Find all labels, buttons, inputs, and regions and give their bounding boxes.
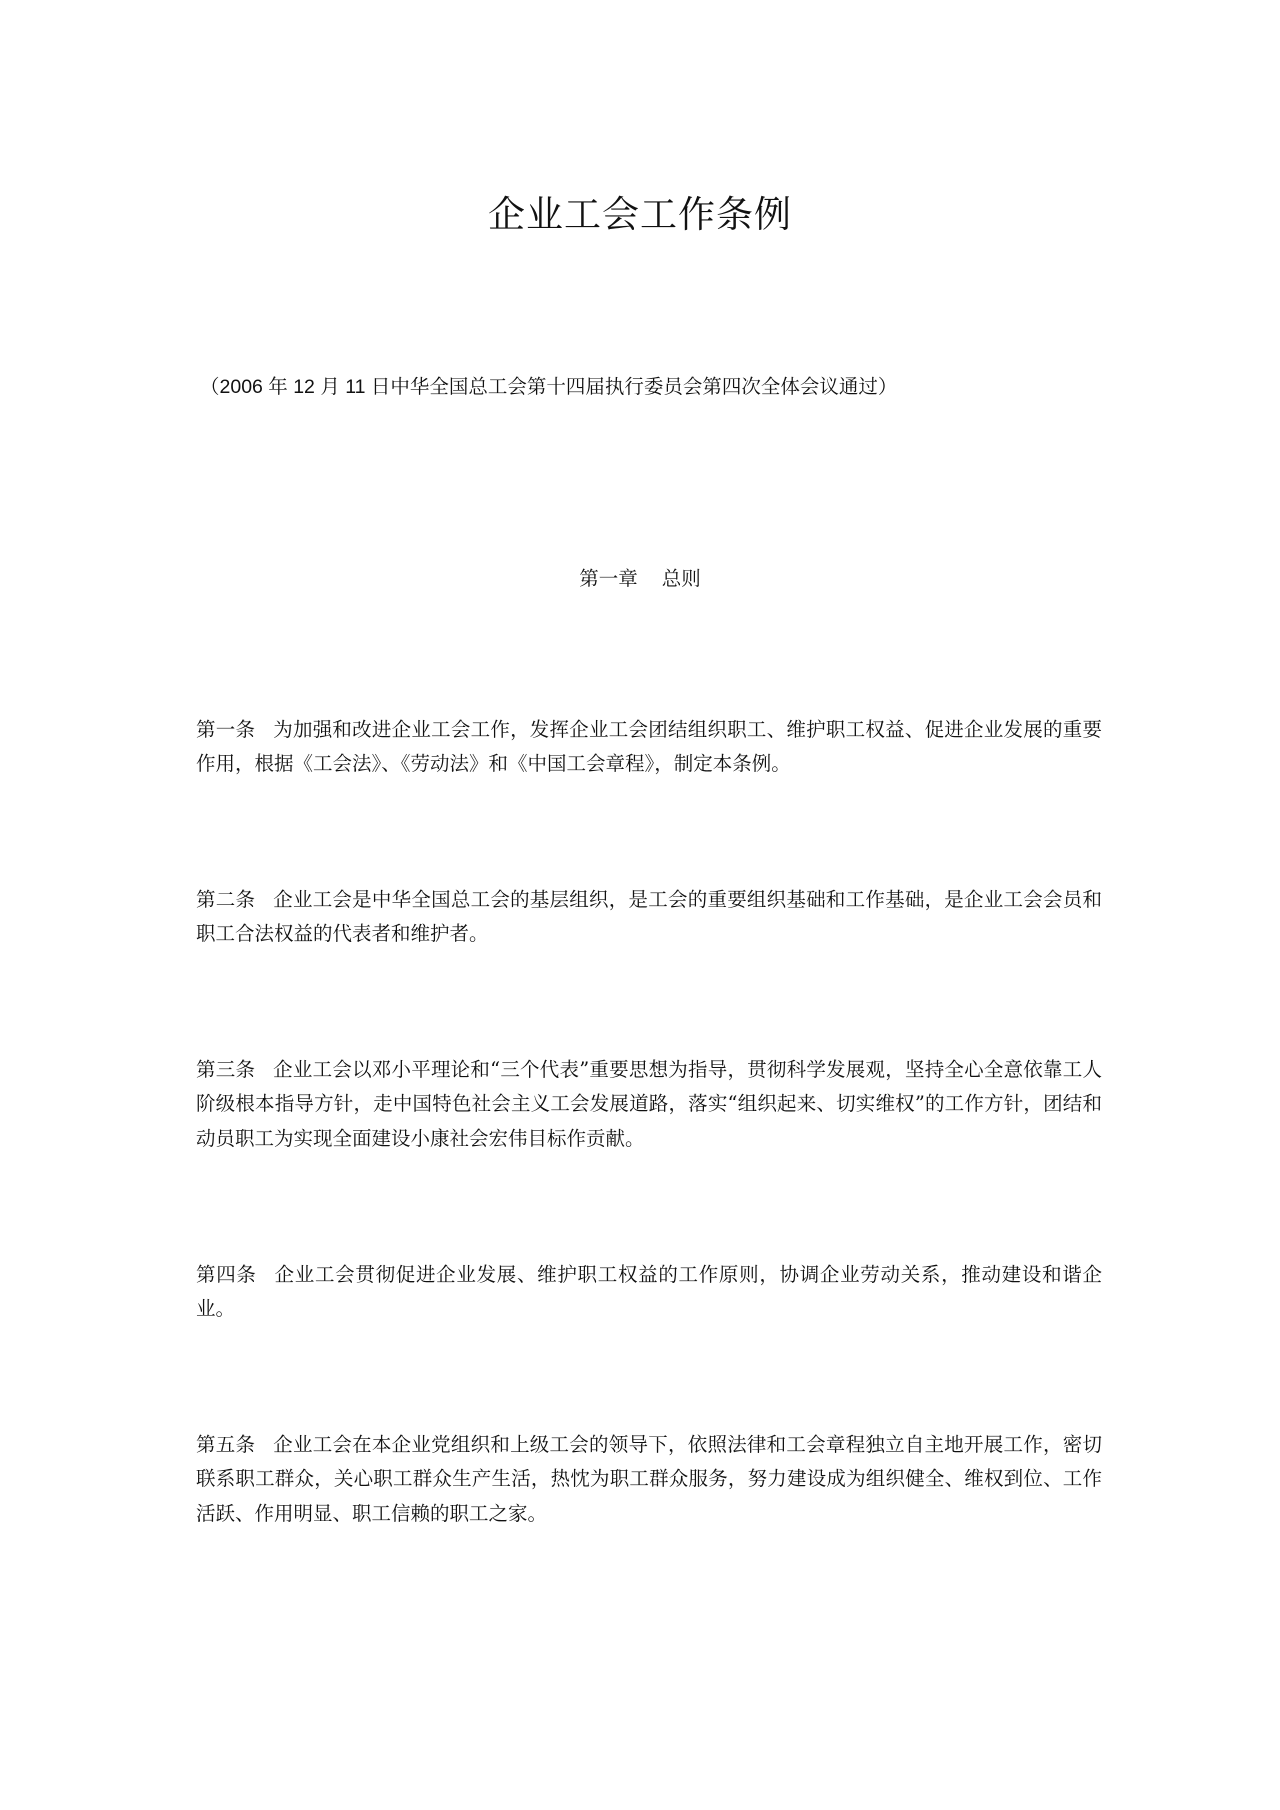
adoption-note: （2006 年 12 月 11 日中华全国总工会第十四届执行委员会第四次全体会议… xyxy=(200,370,1100,404)
article-text: 企业工会在本企业党组织和上级工会的领导下，依照法律和工会章程独立自主地开展工作，… xyxy=(196,1433,1102,1525)
article-text: 企业工会以邓小平理论和“三个代表”重要思想为指导，贯彻科学发展观，坚持全心全意依… xyxy=(196,1058,1102,1150)
article-5: 第五条企业工会在本企业党组织和上级工会的领导下，依照法律和工会章程独立自主地开展… xyxy=(196,1428,1102,1532)
document-title: 企业工会工作条例 xyxy=(0,191,1280,239)
article-number: 第三条 xyxy=(196,1058,255,1081)
article-number: 第二条 xyxy=(196,888,255,911)
chapter-heading: 第一章总则 xyxy=(0,562,1280,596)
article-text: 为加强和改进企业工会工作，发挥企业工会团结组织职工、维护职工权益、促进企业发展的… xyxy=(196,718,1102,776)
article-1: 第一条为加强和改进企业工会工作，发挥企业工会团结组织职工、维护职工权益、促进企业… xyxy=(196,713,1102,782)
article-text: 企业工会贯彻促进企业发展、维护职工权益的工作原则，协调企业劳动关系，推动建设和谐… xyxy=(196,1263,1102,1321)
article-3: 第三条企业工会以邓小平理论和“三个代表”重要思想为指导，贯彻科学发展观，坚持全心… xyxy=(196,1053,1102,1157)
document-page: 企业工会工作条例 （2006 年 12 月 11 日中华全国总工会第十四届执行委… xyxy=(0,0,1280,1810)
article-4: 第四条企业工会贯彻促进企业发展、维护职工权益的工作原则，协调企业劳动关系，推动建… xyxy=(196,1258,1102,1327)
article-number: 第一条 xyxy=(196,718,255,741)
article-number: 第五条 xyxy=(196,1433,255,1456)
article-number: 第四条 xyxy=(196,1263,257,1286)
article-2: 第二条企业工会是中华全国总工会的基层组织，是工会的重要组织基础和工作基础，是企业… xyxy=(196,883,1102,952)
chapter-number: 第一章 xyxy=(579,567,638,590)
chapter-name: 总则 xyxy=(662,567,701,590)
article-text: 企业工会是中华全国总工会的基层组织，是工会的重要组织基础和工作基础，是企业工会会… xyxy=(196,888,1102,946)
